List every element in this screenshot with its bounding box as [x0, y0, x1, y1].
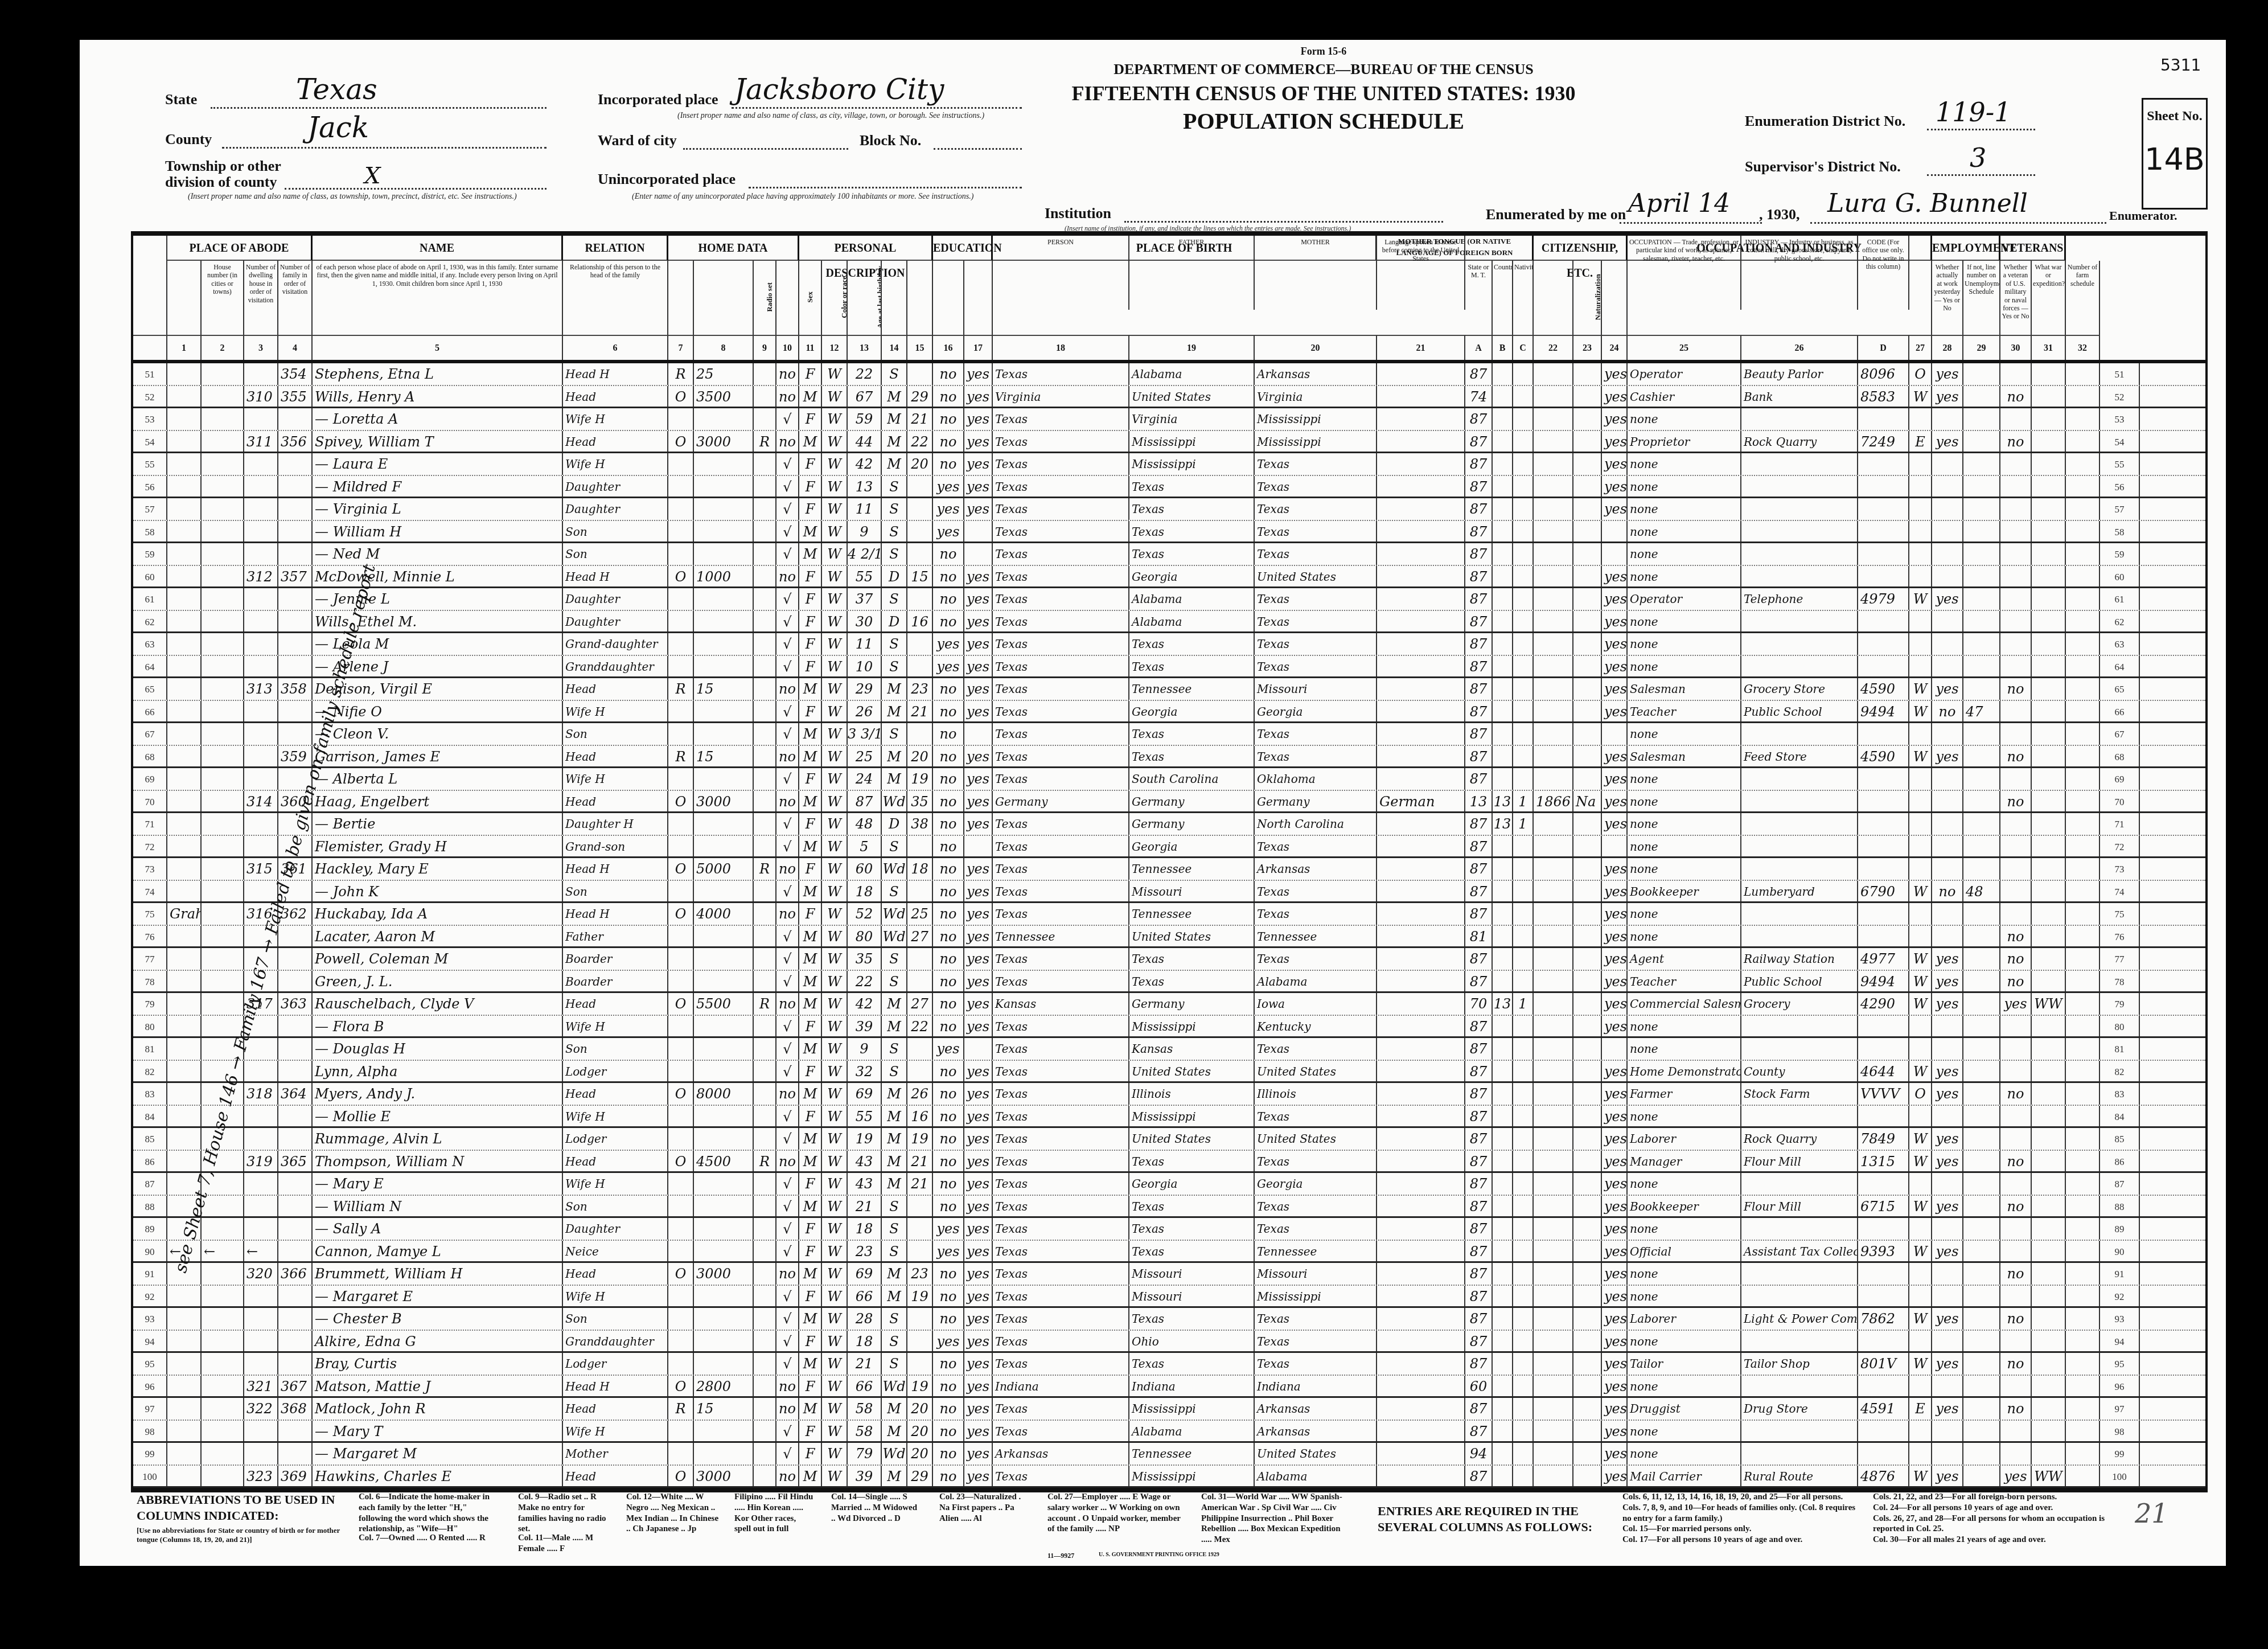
line-number: 55: [2100, 453, 2140, 475]
cell-lang: [1377, 521, 1465, 542]
column-header: Relationship of this person to the head …: [563, 261, 668, 335]
cell-pob-father: Texas: [1129, 1308, 1255, 1330]
cell-house: [202, 1308, 244, 1330]
cell-imm: [1534, 611, 1573, 632]
line-number: 82: [2100, 1061, 2140, 1082]
cell-farm: √: [776, 1421, 799, 1442]
cell-war: [2032, 408, 2066, 430]
cell-eng: yes: [1602, 386, 1628, 407]
cell-war: [2032, 1083, 2066, 1105]
cell-lang: German: [1377, 791, 1465, 812]
cell-B: [1493, 1466, 1513, 1487]
cell-unemp: [1963, 633, 2000, 655]
cell-class: [1909, 498, 1932, 520]
cell-occupation: Operator: [1628, 588, 1741, 610]
cell-B: [1493, 926, 1513, 947]
cell-unemp: 48: [1963, 881, 2000, 902]
cell-sex: M: [799, 971, 822, 992]
cell-age-marr: [907, 1353, 933, 1375]
cell-imm: [1534, 1443, 1573, 1465]
cell-race: W: [822, 453, 848, 475]
cell-family: [278, 971, 313, 992]
cell-code: 8583: [1858, 386, 1909, 407]
line-number: 76: [2100, 926, 2140, 947]
cell-owned: [668, 498, 694, 520]
cell-work: [1932, 408, 1963, 430]
cell-work: yes: [1932, 1398, 1963, 1420]
cell-unemp: [1963, 476, 2000, 497]
line-number: 60: [2100, 566, 2140, 587]
cell-lang: [1377, 1443, 1465, 1465]
cell-farm-sched: [2066, 1466, 2100, 1487]
cell-street: [167, 1286, 202, 1307]
cell-vet: no: [2000, 431, 2032, 452]
cell-value: [694, 813, 754, 835]
cell-family: [278, 1241, 313, 1262]
cell-age-marr: 22: [907, 1016, 933, 1037]
cell-house: [202, 611, 244, 632]
cell-B: [1493, 881, 1513, 902]
cell-pob-father: United States: [1129, 926, 1255, 947]
census-title: FIFTEENTH CENSUS OF THE UNITED STATES: 1…: [1025, 81, 1622, 105]
line-number: 59: [133, 543, 167, 565]
cell-value: [694, 1061, 754, 1082]
cell-read: yes: [964, 1128, 993, 1150]
line-number: 67: [133, 723, 167, 745]
cell-name: — Mary E: [313, 1173, 563, 1195]
cell-street: [167, 1308, 202, 1330]
cell-age: 10: [848, 656, 882, 677]
cell-race: W: [822, 543, 848, 565]
cell-occupation: none: [1628, 813, 1741, 835]
cell-sex: M: [799, 1263, 822, 1285]
cell-read: yes: [964, 498, 993, 520]
cell-nat: [1573, 1151, 1602, 1172]
cell-dwelling: [244, 363, 278, 385]
ward-line: [683, 148, 848, 150]
cell-pob-father: Illinois: [1129, 1083, 1255, 1105]
line-number: 56: [133, 476, 167, 497]
cell-farm-sched: [2066, 1196, 2100, 1217]
cell-war: [2032, 363, 2066, 385]
cell-radio: R: [754, 1151, 776, 1172]
cell-B: [1493, 431, 1513, 452]
cell-occupation: Agent: [1628, 948, 1741, 970]
cell-unemp: [1963, 408, 2000, 430]
cell-eng: [1602, 543, 1628, 565]
cell-B: [1493, 1173, 1513, 1195]
cell-pob: Texas: [993, 543, 1129, 565]
cell-dwelling: [244, 1106, 278, 1127]
cell-work: [1932, 1106, 1963, 1127]
column-number: 14: [882, 335, 907, 360]
cell-value: [694, 948, 754, 970]
cell-owned: [668, 453, 694, 475]
cell-vet: [2000, 363, 2032, 385]
cell-pob-father: Mississippi: [1129, 1466, 1255, 1487]
column-number: 27: [1909, 335, 1932, 360]
unincorporated-line: [749, 187, 1022, 188]
cell-dwelling: [244, 1421, 278, 1442]
cell-owned: [668, 1016, 694, 1037]
cell-pob-mother: Texas: [1255, 1308, 1377, 1330]
cell-lang: [1377, 1173, 1465, 1195]
cell-farm-sched: [2066, 1331, 2100, 1352]
cell-work: [1932, 1173, 1963, 1195]
column-number: 11: [799, 335, 822, 360]
cell-war: [2032, 903, 2066, 925]
title-block: Form 15-6 DEPARTMENT OF COMMERCE—BUREAU …: [1025, 46, 1622, 134]
cell-imm: [1534, 813, 1573, 835]
cell-age-marr: 23: [907, 1263, 933, 1285]
cell-sex: M: [799, 431, 822, 452]
cell-vet: [2000, 723, 2032, 745]
cell-name: — Chester B: [313, 1308, 563, 1330]
cell-code: [1858, 1106, 1909, 1127]
cell-family: [278, 1308, 313, 1330]
cell-race: W: [822, 1128, 848, 1150]
cell-radio: [754, 1241, 776, 1262]
cell-dwelling: [244, 1128, 278, 1150]
cell-street: [167, 768, 202, 790]
table-row: 95Bray, CurtisLodger√MW21SnoyesTexasTexa…: [133, 1353, 2205, 1376]
cell-read: yes: [964, 791, 993, 812]
cell-marital: M: [882, 768, 907, 790]
cell-imm: [1534, 1218, 1573, 1240]
cell-pob-father: United States: [1129, 386, 1255, 407]
line-number: 98: [133, 1421, 167, 1442]
cell-eng: yes: [1602, 566, 1628, 587]
cell-radio: [754, 678, 776, 700]
table-row: 81— Douglas HSon√MW9SyesTexasKansasTexas…: [133, 1038, 2205, 1061]
cell-farm: no: [776, 746, 799, 767]
table-row: 57— Virginia LDaughter√FW11SyesyesTexasT…: [133, 498, 2205, 521]
cell-sex: M: [799, 1308, 822, 1330]
cell-owned: [668, 633, 694, 655]
cell-marital: M: [882, 701, 907, 722]
cell-work: yes: [1932, 1151, 1963, 1172]
cell-war: [2032, 768, 2066, 790]
cell-industry: [1741, 813, 1858, 835]
cell-family: [278, 543, 313, 565]
cell-sex: F: [799, 1016, 822, 1037]
cell-age: 18: [848, 881, 882, 902]
cell-eng: yes: [1602, 408, 1628, 430]
column-header: Age at last birthday: [848, 261, 882, 335]
cell-lang: [1377, 746, 1465, 767]
cell-relation: Head: [563, 1083, 668, 1105]
cell-imm: [1534, 521, 1573, 542]
cell-vet: no: [2000, 1263, 2032, 1285]
cell-school: no: [933, 1466, 964, 1487]
cell-dwelling: 319: [244, 1151, 278, 1172]
cell-farm-sched: [2066, 1151, 2100, 1172]
cell-class: [1909, 791, 1932, 812]
table-row: 84— Mollie EWife H√FW55M16noyesTexasMiss…: [133, 1106, 2205, 1129]
cell-pob-father: Georgia: [1129, 836, 1255, 857]
cell-imm: [1534, 1331, 1573, 1352]
cell-nat: [1573, 1241, 1602, 1262]
cell-C: [1513, 1128, 1534, 1150]
cell-B: [1493, 633, 1513, 655]
cell-family: [278, 1106, 313, 1127]
cell-school: no: [933, 993, 964, 1015]
cell-nat: [1573, 588, 1602, 610]
cell-radio: [754, 1263, 776, 1285]
cell-owned: [668, 1173, 694, 1195]
cell-age: 87: [848, 791, 882, 812]
cell-nat: [1573, 1421, 1602, 1442]
cell-read: yes: [964, 1443, 993, 1465]
cell-occupation: none: [1628, 1016, 1741, 1037]
cell-sex: M: [799, 386, 822, 407]
cell-C: [1513, 1286, 1534, 1307]
cell-unemp: [1963, 1421, 2000, 1442]
cell-nat: [1573, 1398, 1602, 1420]
cell-sex: F: [799, 656, 822, 677]
cell-farm-sched: [2066, 1038, 2100, 1060]
cell-vet: no: [2000, 1353, 2032, 1375]
table-row: 54311356Spivey, William THeadO3000RnoMW4…: [133, 431, 2205, 454]
cell-pob-father: Texas: [1129, 1241, 1255, 1262]
cell-pob: Texas: [993, 1128, 1129, 1150]
cell-unemp: [1963, 678, 2000, 700]
cell-class: [1909, 1421, 1932, 1442]
cell-occupation: none: [1628, 408, 1741, 430]
cell-relation: Son: [563, 1308, 668, 1330]
cell-unemp: [1963, 1218, 2000, 1240]
cell-age-marr: [907, 1331, 933, 1352]
cell-class: [1909, 903, 1932, 925]
cell-lang: [1377, 1398, 1465, 1420]
cell-occupation: none: [1628, 768, 1741, 790]
line-number: 95: [133, 1353, 167, 1375]
cell-B: [1493, 948, 1513, 970]
cell-radio: [754, 521, 776, 542]
cell-house: [202, 836, 244, 857]
cell-farm: no: [776, 858, 799, 880]
cell-nat: [1573, 948, 1602, 970]
cell-age: 43: [848, 1173, 882, 1195]
cell-pob-mother: Texas: [1255, 1331, 1377, 1352]
cell-family: 356: [278, 431, 313, 452]
cell-code: [1858, 768, 1909, 790]
cell-A: 87: [1465, 363, 1493, 385]
line-number: 98: [2100, 1421, 2140, 1442]
cell-pob-father: United States: [1129, 1061, 1255, 1082]
cell-marital: Wd: [882, 903, 907, 925]
cell-sex: F: [799, 611, 822, 632]
cell-dwelling: [244, 723, 278, 745]
line-number: 89: [2100, 1218, 2140, 1240]
cell-imm: [1534, 1061, 1573, 1082]
column-header: MOTHER: [1255, 236, 1377, 310]
line-number: 89: [133, 1218, 167, 1240]
cell-nat: [1573, 1128, 1602, 1150]
column-number: 16: [933, 335, 964, 360]
cell-street: [167, 1106, 202, 1127]
cell-house: [202, 476, 244, 497]
cell-C: [1513, 836, 1534, 857]
cell-C: [1513, 948, 1534, 970]
cell-imm: [1534, 1016, 1573, 1037]
cell-B: [1493, 1218, 1513, 1240]
cell-house: [202, 656, 244, 677]
cell-C: [1513, 926, 1534, 947]
cell-age-marr: 21: [907, 1173, 933, 1195]
cell-value: [694, 1106, 754, 1127]
cell-school: yes: [933, 1218, 964, 1240]
cell-lang: [1377, 1083, 1465, 1105]
cell-class: [1909, 476, 1932, 497]
cell-pob-father: Mississippi: [1129, 431, 1255, 452]
cell-race: W: [822, 1038, 848, 1060]
cell-A: 87: [1465, 498, 1493, 520]
cell-imm: [1534, 543, 1573, 565]
enumerator-name: Lura G. Bunnell: [1827, 189, 2028, 218]
cell-race: W: [822, 971, 848, 992]
cell-sex: F: [799, 1421, 822, 1442]
cell-code: 8096: [1858, 363, 1909, 385]
cell-industry: [1741, 408, 1858, 430]
cell-occupation: Laborer: [1628, 1128, 1741, 1150]
cell-B: [1493, 1038, 1513, 1060]
cell-A: 87: [1465, 431, 1493, 452]
entries-6: Col. 24—For all persons 10 years of age …: [1873, 1503, 2118, 1513]
cell-pob-father: United States: [1129, 1128, 1255, 1150]
ward-label: Ward of city: [598, 132, 677, 149]
cell-eng: yes: [1602, 1421, 1628, 1442]
cell-age: 29: [848, 678, 882, 700]
cell-radio: [754, 543, 776, 565]
cell-industry: [1741, 723, 1858, 745]
cell-pob: Indiana: [993, 1376, 1129, 1397]
cell-occupation: none: [1628, 566, 1741, 587]
cell-B: 13: [1493, 813, 1513, 835]
cell-race: W: [822, 768, 848, 790]
cell-class: W: [1909, 948, 1932, 970]
cell-B: [1493, 1128, 1513, 1150]
cell-family: 367: [278, 1376, 313, 1397]
line-number: 52: [133, 386, 167, 407]
cell-industry: [1741, 926, 1858, 947]
cell-school: no: [933, 926, 964, 947]
cell-occupation: Farmer: [1628, 1083, 1741, 1105]
cell-C: [1513, 1353, 1534, 1375]
column-number: 9: [754, 335, 776, 360]
cell-age: 18: [848, 1331, 882, 1352]
cell-farm-sched: [2066, 1173, 2100, 1195]
cell-farm-sched: [2066, 1376, 2100, 1397]
cell-code: 4876: [1858, 1466, 1909, 1487]
cell-eng: yes: [1602, 498, 1628, 520]
cell-war: [2032, 611, 2066, 632]
cell-nat: [1573, 701, 1602, 722]
cell-age: 79: [848, 1443, 882, 1465]
cell-eng: yes: [1602, 903, 1628, 925]
cell-nat: [1573, 1016, 1602, 1037]
cell-B: [1493, 498, 1513, 520]
cell-eng: yes: [1602, 791, 1628, 812]
cell-marital: M: [882, 1151, 907, 1172]
cell-B: [1493, 1353, 1513, 1375]
cell-imm: [1534, 1038, 1573, 1060]
cell-school: yes: [933, 1241, 964, 1262]
cell-vet: [2000, 1376, 2032, 1397]
cell-occupation: Mail Carrier: [1628, 1466, 1741, 1487]
cell-family: 357: [278, 566, 313, 587]
cell-dwelling: [244, 498, 278, 520]
cell-imm: [1534, 1241, 1573, 1262]
cell-nat: [1573, 858, 1602, 880]
cell-radio: R: [754, 993, 776, 1015]
cell-owned: [668, 476, 694, 497]
cell-age-marr: [907, 1196, 933, 1217]
cell-sex: F: [799, 903, 822, 925]
cell-C: [1513, 1263, 1534, 1285]
cell-sex: F: [799, 566, 822, 587]
cell-farm: √: [776, 1308, 799, 1330]
cell-race: W: [822, 656, 848, 677]
cell-school: no: [933, 881, 964, 902]
cell-class: W: [1909, 588, 1932, 610]
cell-sex: F: [799, 363, 822, 385]
cell-street: Graham Street: [167, 903, 202, 925]
cell-marital: S: [882, 363, 907, 385]
cell-marital: Wd: [882, 858, 907, 880]
cell-marital: S: [882, 836, 907, 857]
cell-read: yes: [964, 1331, 993, 1352]
cell-family: [278, 633, 313, 655]
cell-unemp: 47: [1963, 701, 2000, 722]
cell-school: yes: [933, 633, 964, 655]
line-number: 61: [133, 588, 167, 610]
cell-vet: [2000, 1128, 2032, 1150]
cell-code: 4979: [1858, 588, 1909, 610]
cell-pob-mother: United States: [1255, 566, 1377, 587]
cell-family: [278, 926, 313, 947]
cell-race: W: [822, 1173, 848, 1195]
cell-farm-sched: [2066, 1241, 2100, 1262]
cell-house: [202, 1466, 244, 1487]
cell-read: yes: [964, 363, 993, 385]
cell-C: [1513, 1016, 1534, 1037]
table-row: 76Lacater, Aaron MFather√MW80Wd27noyesTe…: [133, 926, 2205, 949]
table-header: PLACE OF ABODENAMERELATIONHOME DATAPERSO…: [133, 236, 2205, 363]
cell-marital: M: [882, 1106, 907, 1127]
cell-radio: R: [754, 431, 776, 452]
line-number: 54: [133, 431, 167, 452]
cell-family: [278, 1061, 313, 1082]
cell-age-marr: [907, 1061, 933, 1082]
cell-unemp: [1963, 1083, 2000, 1105]
cell-race: W: [822, 476, 848, 497]
cell-work: [1932, 521, 1963, 542]
cell-value: 3500: [694, 386, 754, 407]
cell-age-marr: 26: [907, 1083, 933, 1105]
cell-house: [202, 701, 244, 722]
column-number: 10: [776, 335, 799, 360]
cell-A: 87: [1465, 1241, 1493, 1262]
cell-school: no: [933, 1151, 964, 1172]
table-row: 69— Alberta LWife H√FW24M19noyesTexasSou…: [133, 768, 2205, 791]
cell-farm-sched: [2066, 588, 2100, 610]
cell-nat: [1573, 1061, 1602, 1082]
cell-C: [1513, 858, 1534, 880]
cell-industry: [1741, 633, 1858, 655]
cell-B: [1493, 588, 1513, 610]
cell-race: W: [822, 948, 848, 970]
